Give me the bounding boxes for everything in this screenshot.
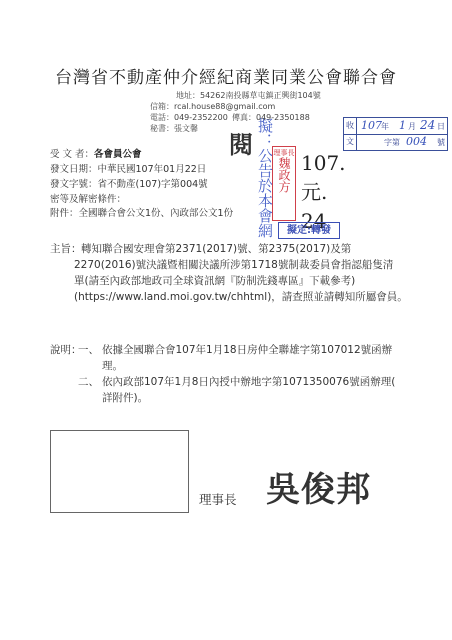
attachments-line: 附件：全國聯合會公文1份、內政部公文1份	[50, 206, 233, 222]
handwritten-date-month: 元.	[301, 178, 346, 207]
address-line: 地址：54262南投縣草屯鎮正興街104號	[176, 90, 321, 101]
issue-number-line: 發文字號：省不動產(107)字第004號	[50, 177, 208, 193]
receipt-year-unit: 年	[381, 121, 389, 132]
email-line: 信箱：rcal.house88@gmail.com	[150, 101, 275, 112]
subject-line-3: 單(請至內政部地政司全球資訊網『防制洗錢專區』下載參考)	[74, 274, 355, 290]
chairman-seal-title: 理事長	[273, 149, 295, 157]
receipt-label-receive: 收	[344, 118, 357, 134]
chairman-seal: 理事長 魏政方	[272, 146, 296, 221]
recipient-line: 受 文 者：各會員公會	[50, 147, 142, 163]
signature-name: 吳俊邦	[266, 462, 371, 511]
explanation-item-1-line-2: 理。	[102, 359, 123, 375]
receipt-label-doc: 文	[344, 134, 357, 150]
receipt-suffix: 號	[437, 137, 445, 148]
organization-title: 台灣省不動產仲介經紀商業同業公會聯合會	[0, 63, 452, 88]
subject-label: 主旨：	[50, 242, 82, 258]
signature-title: 理事長	[199, 490, 237, 508]
approve-stamp: 擬定:轉發	[278, 222, 340, 239]
receipt-number-row: 文 字第 004 號	[344, 134, 447, 150]
issue-date-line: 發文日期：中華民國107年01月22日	[50, 162, 206, 178]
read-mark: 閱	[229, 125, 253, 160]
explanation-item-1-num: 一、	[78, 343, 99, 359]
secretary-line: 秘書：張文馨	[150, 123, 198, 134]
handwritten-note: 擬：公告於本會網	[257, 118, 273, 238]
subject-line-4: (https://www.land.moi.gov.tw/chhtml)，請查照…	[74, 290, 408, 306]
receipt-day: 24	[420, 118, 435, 132]
explanation-item-1-line-1: 依據全國聯合會107年1月18日房仲全聯雄字第107012號函辦	[102, 343, 392, 359]
chairman-seal-name: 魏政方	[277, 157, 291, 193]
receipt-stamp: 收 107 年 1 月 24 日 文 字第 004 號	[343, 117, 448, 151]
receipt-date-row: 收 107 年 1 月 24 日	[344, 118, 447, 135]
recipient-label: 受 文 者：	[50, 149, 94, 160]
subject-line-2: 2270(2016)號決議暨相關決議所涉第1718號制裁委員會指認船隻清	[74, 258, 393, 274]
receipt-day-unit: 日	[437, 121, 445, 132]
explanation-item-2-line-1: 依內政部107年1月8日內授中辦地字第1071350076號函辦理(	[102, 375, 395, 391]
receipt-month: 1	[399, 119, 406, 132]
receipt-month-unit: 月	[408, 121, 416, 132]
explanation-item-2-num: 二、	[78, 375, 99, 391]
receipt-year: 107	[361, 119, 382, 132]
explanation-label: 說明：	[50, 343, 82, 359]
phone-line: 電話：049-2352200	[150, 112, 228, 123]
seal-box	[50, 430, 189, 513]
handwritten-date-year: 107.	[301, 149, 346, 178]
receipt-number: 004	[406, 135, 427, 148]
receipt-prefix: 字第	[384, 137, 400, 148]
subject-line-1: 轉知聯合國安理會第2371(2017)號、第2375(2017)及第	[81, 242, 351, 258]
explanation-item-2-line-2: 詳附件)。	[102, 391, 148, 407]
recipient-value: 各會員公會	[94, 149, 142, 160]
